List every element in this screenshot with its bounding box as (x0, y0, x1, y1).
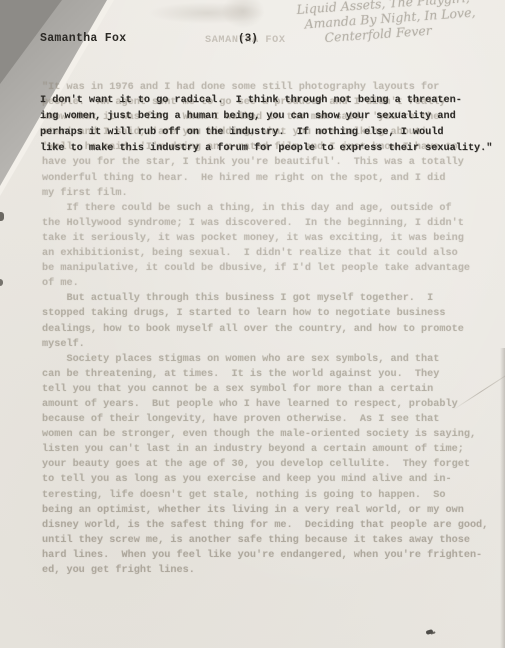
right-edge-shadow (500, 348, 505, 648)
ghost-text-line: women can be stronger, even though the m… (42, 427, 488, 442)
header-name: Samantha Fox (40, 32, 126, 45)
ghost-text-line: amount of years. But people who I have l… (42, 397, 488, 412)
ghost-text-line: my first film. (42, 186, 488, 201)
ghost-text-line: hard lines. When you feel like you're en… (42, 548, 488, 563)
ghost-text-line: If there could be such a thing, in this … (42, 201, 488, 216)
quote-paragraph-line: I don't want it to go radical. I think t… (40, 93, 492, 109)
quote-paragraph: I don't want it to go radical. I think t… (40, 93, 492, 157)
handwritten-note: Liquid Assets, The Playgirl,Amanda By Ni… (296, 0, 477, 47)
ghost-text-line: listen you can't last in an industry bey… (42, 442, 488, 457)
ghost-text-line: of me. (42, 276, 488, 291)
quote-paragraph-line: like to make this industry a forum for p… (40, 141, 492, 157)
ghost-text-line: because of their longevity, have proven … (42, 412, 488, 427)
ghost-text-line: Society places stigmas on women who are … (42, 352, 488, 367)
ghost-text-line: ed, you get fright lines. (42, 563, 488, 578)
paper-smudge (222, 0, 264, 28)
ghost-text-line: teresting, life doesn't get stale, nothi… (42, 488, 488, 503)
ghost-text-line: myself. (42, 337, 488, 352)
document-page: SAMANTHA FOX Samantha Fox (3) Liquid Ass… (0, 0, 505, 648)
edge-speck (0, 279, 3, 286)
ghost-text-line: wonderful thing to hear. He hired me rig… (42, 171, 488, 186)
ghost-text-line: tell you that you cannot be a sex symbol… (42, 382, 488, 397)
ink-speck (426, 629, 434, 635)
ghost-text-line: can be threatening, at times. It is the … (42, 367, 488, 382)
edge-speck (0, 212, 4, 221)
ghost-text-line: until they screw me, is another safe thi… (42, 533, 488, 548)
page-number: (3) (238, 33, 258, 45)
ghost-text-line: But actually through this business I got… (42, 291, 488, 306)
ghost-text-line: stopped taking drugs, I started to learn… (42, 306, 488, 321)
ghost-text-line: dealings, how to book myself all over th… (42, 322, 488, 337)
ghost-text-line: take it seriously, it was pocket money, … (42, 231, 488, 246)
ghost-text-line: being an optimist, whether its living in… (42, 503, 488, 518)
quote-paragraph-line: perhaps it will rub off on the industry.… (40, 125, 492, 141)
ghost-text-line: have you for the star, I think you're be… (42, 155, 488, 170)
ghost-text-line: your beauty goes at the age of 30, you d… (42, 457, 488, 472)
ghost-text-line: disney world, is the safest thing for me… (42, 518, 488, 533)
ghost-text-line: an exhibitionist, being sexual. I didn't… (42, 246, 488, 261)
ghost-text-line: the Hollywood syndrome; I was discovered… (42, 216, 488, 231)
quote-paragraph-line: ing women, just being a human being, you… (40, 109, 492, 125)
ghost-text-line: be manipulative, it could be dbusive, if… (42, 261, 488, 276)
ghost-text-line: to tell you as long as you exercise and … (42, 472, 488, 487)
